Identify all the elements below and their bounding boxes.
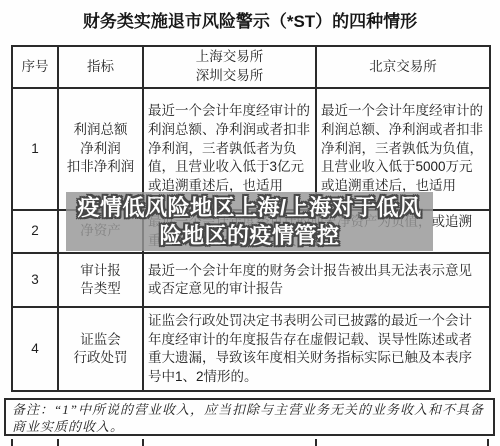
table-border-stub xyxy=(315,439,317,446)
table-border-stub xyxy=(487,439,489,446)
row-indicator: 证监会 行政处罚 xyxy=(58,307,143,391)
header-shanghai-shenzhen-exchange: 上海交易所 深圳交易所 xyxy=(143,46,316,88)
footnote-box: 备注：“1”中所说的营业收入，应当扣除与主营业务无关的业务收入和不具备商业实质的… xyxy=(4,398,495,436)
row-number: 4 xyxy=(12,307,58,391)
header-indicator: 指标 xyxy=(58,46,143,88)
watermark-text-line1: 疫情低风险地区上海/上海对于低风 xyxy=(77,194,421,222)
page-title: 财务类实施退市风险警示（*ST）的四种情形 xyxy=(0,7,500,32)
header-seq: 序号 xyxy=(12,46,58,88)
row-number: 3 xyxy=(12,253,58,307)
watermark-overlay-banner: 疫情低风险地区上海/上海对于低风 险地区的疫情管控 xyxy=(66,192,433,251)
header-beijing-exchange: 北京交易所 xyxy=(316,46,490,88)
table-border-stub xyxy=(57,439,59,446)
row-number: 1 xyxy=(12,88,58,210)
row-number: 2 xyxy=(12,210,58,253)
table-border-stub xyxy=(11,439,13,446)
table-border-stub xyxy=(142,439,144,446)
table-header-row: 序号 指标 上海交易所 深圳交易所 北京交易所 xyxy=(12,46,490,88)
row-cell-merged: 最近一个会计年度的财务会计报告被出具无法表示意见或否定意见的审计报告 xyxy=(143,253,490,307)
row-cell-merged: 证监会行政处罚决定书表明公司已披露的最近一个会计年度经审计的年度报告存在虚假记载… xyxy=(143,307,490,391)
watermark-text-line2: 险地区的疫情管控 xyxy=(159,222,339,250)
table-row: 4 证监会 行政处罚 证监会行政处罚决定书表明公司已披露的最近一个会计年度经审计… xyxy=(12,307,490,391)
table-row: 3 审计报 告类型 最近一个会计年度的财务会计报告被出具无法表示意见或否定意见的… xyxy=(12,253,490,307)
row-indicator: 审计报 告类型 xyxy=(58,253,143,307)
document-page: 财务类实施退市风险警示（*ST）的四种情形 序号 指标 上海交易所 深圳交易所 … xyxy=(0,0,500,446)
